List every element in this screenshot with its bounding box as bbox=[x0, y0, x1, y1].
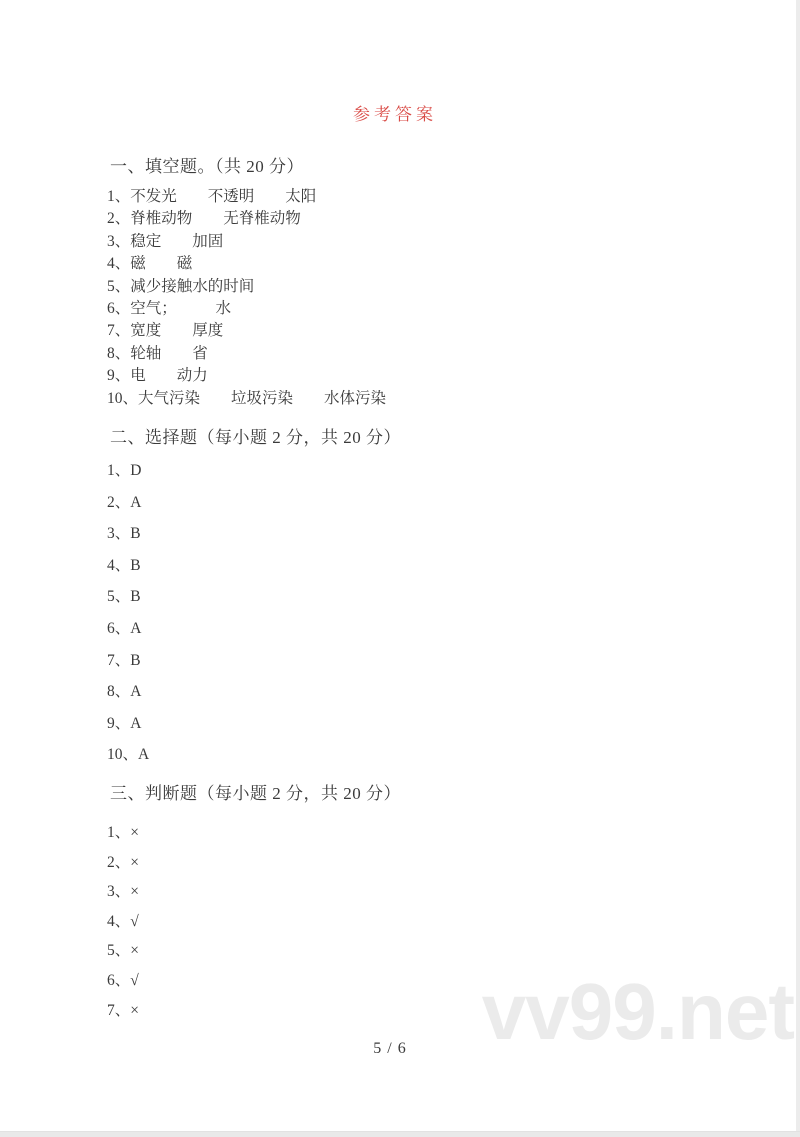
answer-line: 5、B bbox=[107, 581, 149, 613]
answer-line: 3、B bbox=[107, 518, 149, 550]
page-right-edge bbox=[796, 0, 800, 1137]
answer-line: 3、稳定 加固 bbox=[107, 231, 386, 253]
answer-line: 10、大气污染 垃圾污染 水体污染 bbox=[107, 388, 386, 410]
answer-line: 6、A bbox=[107, 613, 149, 645]
answer-line: 10、A bbox=[107, 739, 149, 771]
answer-line: 1、× bbox=[107, 818, 139, 848]
answer-line: 4、磁 磁 bbox=[107, 253, 386, 275]
answer-line: 2、× bbox=[107, 848, 139, 878]
document-page: vv99.net 参考答案 一、填空题。（共 20 分） 1、不发光 不透明 太… bbox=[0, 0, 800, 1137]
page-bottom-edge bbox=[0, 1131, 800, 1137]
answer-line: 4、B bbox=[107, 550, 149, 582]
section-heading-multiple-choice: 二、选择题（每小题 2 分，共 20 分） bbox=[110, 423, 401, 448]
true-false-answers: 1、× 2、× 3、× 4、√ 5、× 6、√ 7、× bbox=[107, 818, 139, 1025]
answer-line: 5、减少接触水的时间 bbox=[107, 276, 386, 298]
answer-line: 3、× bbox=[107, 877, 139, 907]
page-title: 参考答案 bbox=[0, 100, 790, 125]
answer-line: 2、脊椎动物 无脊椎动物 bbox=[107, 208, 386, 230]
answer-line: 4、√ bbox=[107, 907, 139, 937]
answer-line: 2、A bbox=[107, 487, 149, 519]
answer-line: 7、B bbox=[107, 645, 149, 677]
answer-line: 9、电 动力 bbox=[107, 365, 386, 387]
answer-line: 1、不发光 不透明 太阳 bbox=[107, 186, 386, 208]
answer-line: 7、× bbox=[107, 996, 139, 1026]
answer-line: 9、A bbox=[107, 708, 149, 740]
answer-line: 6、空气； 水 bbox=[107, 298, 386, 320]
answer-line: 8、轮轴 省 bbox=[107, 343, 386, 365]
page-number: 5 / 6 bbox=[0, 1040, 780, 1058]
answer-line: 5、× bbox=[107, 936, 139, 966]
answer-line: 1、D bbox=[107, 455, 149, 487]
section-heading-fill-in: 一、填空题。（共 20 分） bbox=[110, 152, 304, 177]
answer-line: 6、√ bbox=[107, 966, 139, 996]
multiple-choice-answers: 1、D 2、A 3、B 4、B 5、B 6、A 7、B 8、A 9、A 10、A bbox=[107, 455, 149, 771]
answer-line: 7、宽度 厚度 bbox=[107, 320, 386, 342]
answer-line: 8、A bbox=[107, 676, 149, 708]
fill-in-answers: 1、不发光 不透明 太阳 2、脊椎动物 无脊椎动物 3、稳定 加固 4、磁 磁 … bbox=[107, 186, 386, 410]
section-heading-true-false: 三、判断题（每小题 2 分，共 20 分） bbox=[110, 779, 401, 804]
